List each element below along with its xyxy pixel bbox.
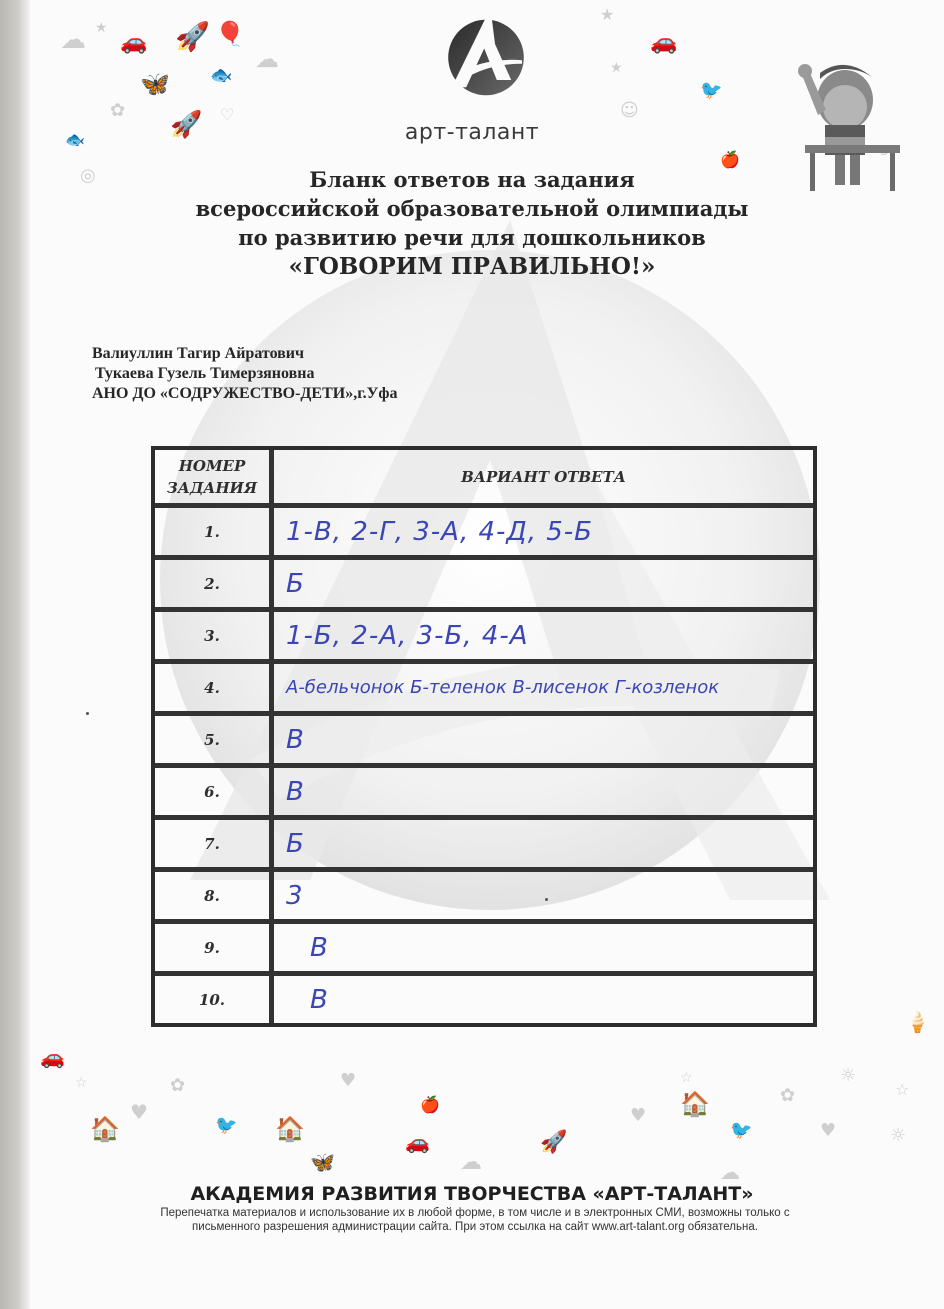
organization-name: АНО ДО «СОДРУЖЕСТВО-ДЕТИ»,г.Уфа xyxy=(92,384,397,404)
title-line-3: по развитию речи для дошкольников xyxy=(0,223,944,252)
ink-speck xyxy=(86,712,89,715)
title-line-1: Бланк ответов на задания xyxy=(0,165,944,194)
table-row: 9. В xyxy=(155,924,813,976)
copyright-line-2: письменного разрешения администрации сай… xyxy=(100,1220,850,1234)
table-row: 4. А-бельчонок Б-теленок В-лисенок Г-коз… xyxy=(155,664,813,716)
form-title: Бланк ответов на задания всероссийской о… xyxy=(0,165,944,281)
table-row: 1. 1-В, 2-Г, 3-А, 4-Д, 5-Б xyxy=(155,508,813,560)
header-answer: ВАРИАНТ ОТВЕТА xyxy=(274,450,813,508)
table-row: 3. 1-Б, 2-А, 3-Б, 4-А xyxy=(155,612,813,664)
table-row: 10. В xyxy=(155,976,813,1023)
answer-cell: Б xyxy=(274,820,813,872)
answer-cell: В xyxy=(274,716,813,768)
task-number: 3. xyxy=(155,612,274,664)
table-row: 7. Б xyxy=(155,820,813,872)
answer-cell: Б xyxy=(274,560,813,612)
table-row: 8. 3 xyxy=(155,872,813,924)
header-task-number-line1: НОМЕР xyxy=(155,455,269,477)
task-number: 10. xyxy=(155,976,274,1023)
olympiad-name: «ГОВОРИМ ПРАВИЛЬНО!» xyxy=(0,252,944,281)
task-number: 7. xyxy=(155,820,274,872)
answer-cell: А-бельчонок Б-теленок В-лисенок Г-козлен… xyxy=(274,664,813,716)
answer-cell: 1-В, 2-Г, 3-А, 4-Д, 5-Б xyxy=(274,508,813,560)
header-task-number: НОМЕР ЗАДАНИЯ xyxy=(155,450,274,508)
participant-info: Валиуллин Тагир Айратович Тукаева Гузель… xyxy=(92,344,397,404)
table-header-row: НОМЕР ЗАДАНИЯ ВАРИАНТ ОТВЕТА xyxy=(155,450,813,508)
task-number: 4. xyxy=(155,664,274,716)
copyright-line-1: Перепечатка материалов и использование и… xyxy=(100,1206,850,1220)
answer-cell: В xyxy=(274,924,813,976)
copyright-note: Перепечатка материалов и использование и… xyxy=(100,1206,850,1234)
teacher-name: Тукаева Гузель Тимерзяновна xyxy=(92,364,397,384)
footer-title: АКАДЕМИЯ РАЗВИТИЯ ТВОРЧЕСТВА «АРТ-ТАЛАНТ… xyxy=(0,1183,944,1205)
answer-cell: В xyxy=(274,768,813,820)
answer-cell: 3 xyxy=(274,872,813,924)
task-number: 2. xyxy=(155,560,274,612)
task-number: 9. xyxy=(155,924,274,976)
ink-speck xyxy=(545,898,548,901)
task-number: 5. xyxy=(155,716,274,768)
answer-table: НОМЕР ЗАДАНИЯ ВАРИАНТ ОТВЕТА 1. 1-В, 2-Г… xyxy=(151,446,817,1027)
student-name: Валиуллин Тагир Айратович xyxy=(92,344,397,364)
table-row: 2. Б xyxy=(155,560,813,612)
header-task-number-line2: ЗАДАНИЯ xyxy=(155,477,269,499)
task-number: 8. xyxy=(155,872,274,924)
art-talant-logo-icon xyxy=(441,8,531,98)
table-row: 6. В xyxy=(155,768,813,820)
title-line-2: всероссийской образовательной олимпиады xyxy=(0,194,944,223)
task-number: 6. xyxy=(155,768,274,820)
task-number: 1. xyxy=(155,508,274,560)
answer-cell: 1-Б, 2-А, 3-Б, 4-А xyxy=(274,612,813,664)
table-row: 5. В xyxy=(155,716,813,768)
answer-cell: В xyxy=(274,976,813,1023)
